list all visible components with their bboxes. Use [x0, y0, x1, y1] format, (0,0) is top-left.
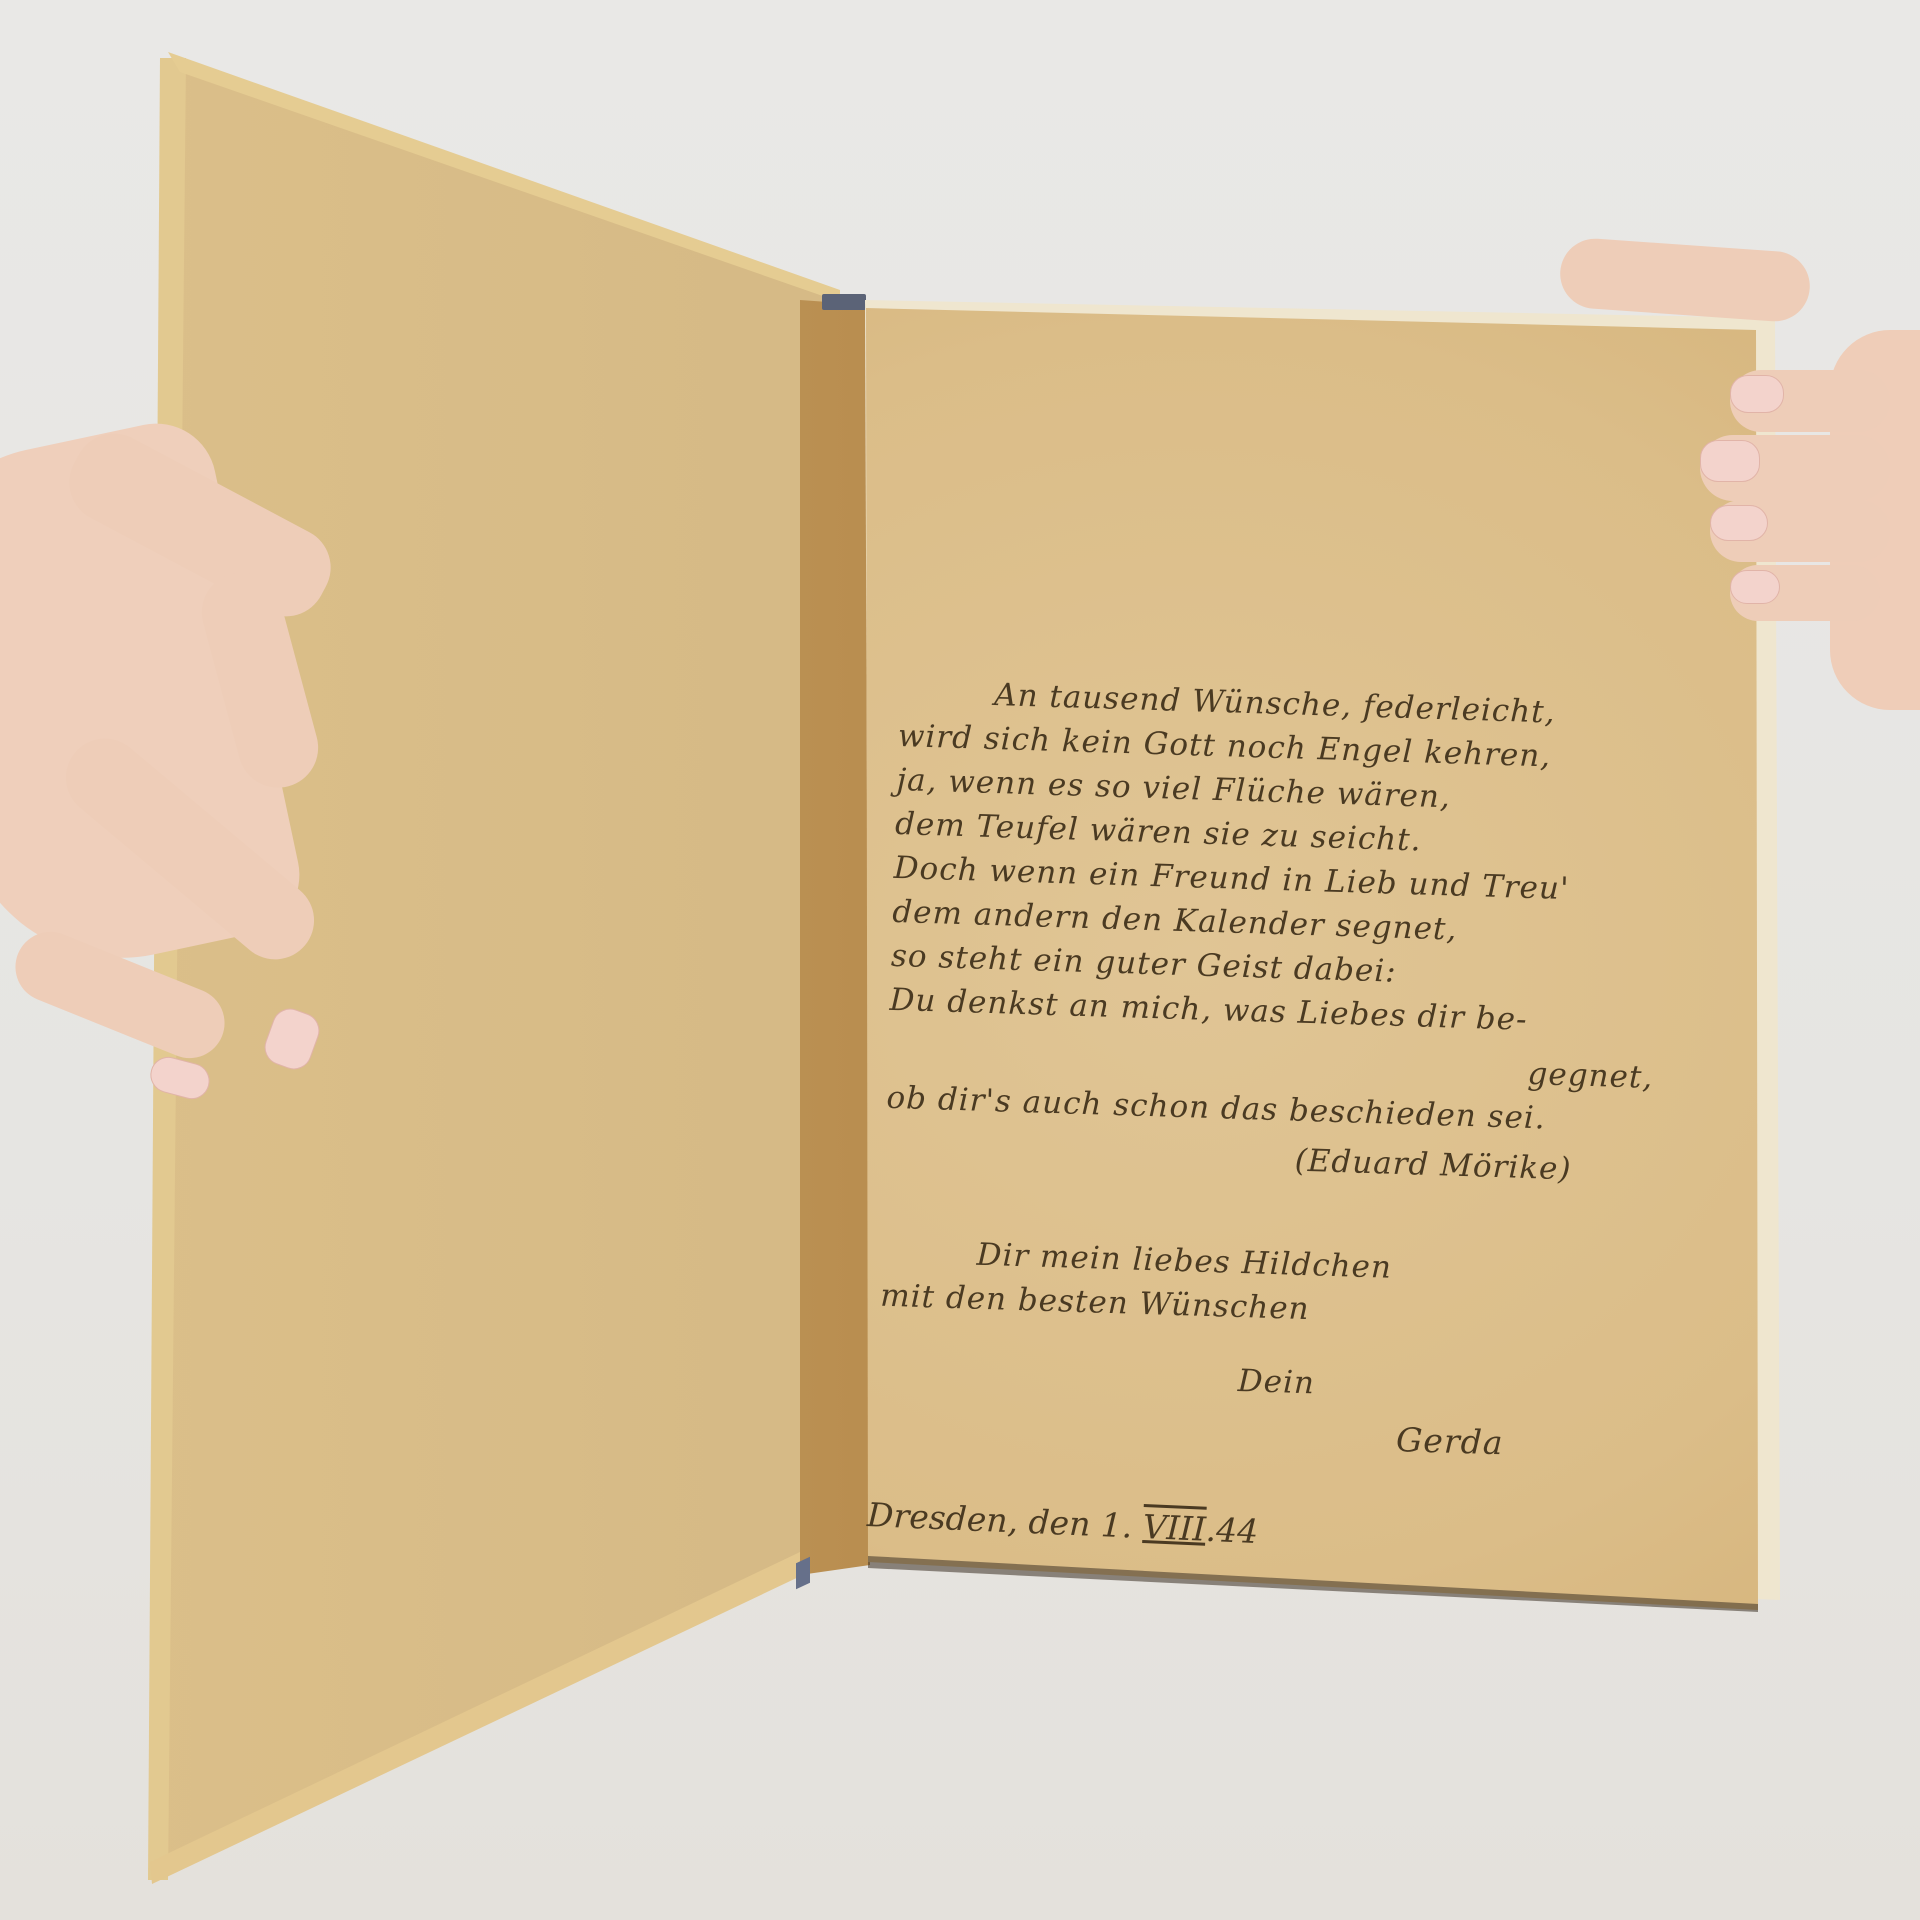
fingernail	[1730, 570, 1780, 604]
right-thumb	[1558, 236, 1812, 323]
dedication: Dir mein liebes Hildchen mit den besten …	[880, 1230, 1702, 1344]
year: .44	[1205, 1510, 1259, 1551]
fingernail	[1700, 440, 1760, 482]
handwritten-inscription: An tausend Wünsche, federleicht, wird si…	[876, 670, 1720, 1471]
photo-scene: An tausend Wünsche, federleicht, wird si…	[0, 0, 1920, 1920]
fingernail	[1730, 375, 1784, 413]
fingernail	[1710, 505, 1768, 541]
spine-tailband	[796, 1557, 810, 1590]
spine-headband	[822, 294, 866, 310]
month-roman: VIII	[1142, 1507, 1207, 1549]
